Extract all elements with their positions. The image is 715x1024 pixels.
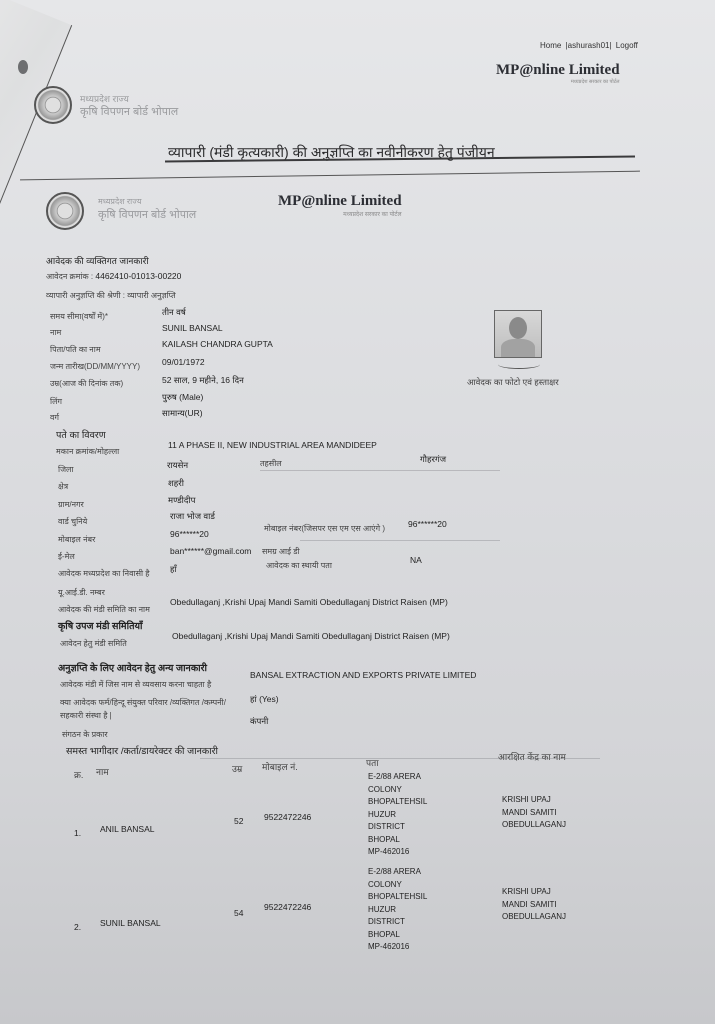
firm-label: आवेदक मंडी में जिस नाम से व्यवसाय करना च… — [60, 679, 211, 690]
board-name-line2: कृषि विपणन बोर्ड भोपाल — [80, 104, 178, 119]
mobile-label: मोबाइल नंबर — [58, 534, 95, 545]
tehsil-value: गौहरगंज — [420, 454, 446, 465]
applicant-field-label: पिता/पति का नाम — [50, 344, 101, 355]
applicant-signature — [498, 360, 540, 369]
cell-age: 52 — [234, 816, 243, 826]
brand-name: MP@nline Limited — [278, 193, 402, 209]
email-label: ई-मेल — [58, 551, 75, 562]
district-value: रायसेन — [167, 460, 188, 471]
firm-value: BANSAL EXTRACTION AND EXPORTS PRIVATE LI… — [250, 670, 476, 680]
board-seal-icon — [34, 86, 72, 124]
brand-tagline: मध्यप्रदेश सरकार का पोर्टल — [278, 210, 402, 218]
email-value: ban******@gmail.com — [170, 546, 251, 556]
cell-address: E-2/88 ARERA COLONY BHOPALTEHSIL HUZUR D… — [368, 771, 427, 859]
cell-mobile: 9522472246 — [264, 902, 311, 912]
applicant-field-value: तीन वर्ष — [162, 307, 186, 318]
samagra-label: समग्र आई डी — [262, 546, 300, 557]
entity-value: हां (Yes) — [250, 694, 279, 705]
area-label: क्षेत्र — [58, 481, 68, 492]
entity-label-2: सहकारी संस्था है | — [60, 710, 112, 721]
table-header-col-mobile: मोबाइल नं. — [262, 760, 298, 773]
ward-label: वार्ड चुनिये — [58, 516, 87, 527]
resident-label: आवेदक मध्यप्रदेश का निवासी है — [58, 568, 150, 579]
cell-name: ANIL BANSAL — [100, 824, 155, 834]
cell-mobile: 9522472246 — [264, 812, 311, 822]
application-no-row: आवेदन क्रमांक : 4462410-01013-00220 — [46, 271, 181, 282]
mponline-logo: MP@nline Limited मध्यप्रदेश सरकार का पोर… — [278, 193, 402, 218]
mobile-value: 96******20 — [170, 529, 209, 539]
section-partners: समस्त भागीदार /कर्ता/डायरेक्टर की जानकार… — [66, 744, 218, 757]
board-name-line2: कृषि विपणन बोर्ड भोपाल — [98, 207, 196, 222]
applicant-field-value: सामान्य(UR) — [162, 408, 203, 419]
apply-mandi-value: Obedullaganj ,Krishi Upaj Mandi Samiti O… — [172, 631, 450, 641]
cell-centre: KRISHI UPAJ MANDI SAMITI OBEDULLAGANJ — [502, 794, 566, 832]
photo-caption: आवेदक का फोटो एवं हस्ताक्षर — [467, 377, 559, 388]
applicant-field-value: 09/01/1972 — [162, 357, 205, 367]
house-label: मकान क्रमांक/मोहल्ला — [56, 446, 119, 457]
logoff-link[interactable]: Logoff — [616, 41, 638, 50]
town-label: ग्राम/नगर — [58, 499, 84, 510]
applicant-field-label: नाम — [50, 327, 61, 338]
application-no: 4462410-01013-00220 — [95, 271, 181, 281]
table-header-col-age: उम्र — [232, 762, 242, 775]
applicant-field-value: KAILASH CHANDRA GUPTA — [162, 339, 273, 349]
applicant-field-label: समय सीमा(वर्षों में)* — [50, 311, 108, 322]
binder-hole — [18, 60, 28, 74]
header-divider — [20, 171, 640, 181]
user-link[interactable]: |ashurash01| — [566, 41, 612, 50]
table-header-col-centre: आरक्षित केंद्र का नाम — [498, 750, 566, 763]
cell-sno: 1. — [74, 828, 81, 838]
document-page: Home |ashurash01| Logoff मध्यप्रदेश राज्… — [0, 0, 715, 1024]
license-category-label: व्यापारी अनुज्ञप्ति की श्रेणी : — [46, 291, 125, 300]
sms-mobile-value: 96******20 — [408, 519, 447, 529]
town-value: मण्डीदीप — [168, 495, 195, 506]
mponline-logo: MP@nline Limited मध्यप्रदेश सरकार का पोर… — [496, 62, 620, 85]
area-value: शहरी — [168, 478, 184, 489]
cell-name: SUNIL BANSAL — [100, 918, 161, 928]
applicant-photo — [494, 310, 542, 358]
cell-centre: KRISHI UPAJ MANDI SAMITI OBEDULLAGANJ — [502, 886, 566, 924]
applicant-field-value: 52 साल, 9 महीने, 16 दिन — [162, 375, 244, 386]
applicant-field-label: लिंग — [50, 396, 62, 407]
section-mandi: कृषि उपज मंडी समितियाँ — [58, 619, 142, 632]
applicant-field-label: वर्ग — [50, 412, 59, 423]
applicant-field-value: पुरुष (Male) — [162, 392, 203, 403]
brand-name: MP@nline Limited — [496, 62, 620, 78]
applicant-field-label: जन्म तारीख(DD/MM/YYYY) — [50, 361, 140, 372]
board-seal-icon — [46, 192, 84, 230]
top-nav: Home |ashurash01| Logoff — [540, 41, 640, 50]
cell-sno: 2. — [74, 922, 81, 932]
section-other: अनुज्ञप्ति के लिए आवेदन हेतु अन्य जानकार… — [58, 661, 207, 674]
uid-label: यू.आई.डी. नम्बर — [58, 587, 105, 598]
applicant-field-value: SUNIL BANSAL — [162, 323, 223, 333]
applicant-field-label: उम्र(आज की दिनांक तक) — [50, 378, 123, 389]
district-label: जिला — [58, 464, 74, 475]
apply-mandi-label: आवेदन हेतु मंडी समिति — [60, 638, 127, 649]
section-address: पते का विवरण — [56, 428, 106, 441]
table-header-col-name: नाम — [96, 765, 109, 778]
permanent-label: आवेदक का स्थायी पता — [266, 560, 332, 571]
permanent-value: NA — [410, 555, 422, 565]
application-no-label: आवेदन क्रमांक : — [46, 272, 93, 281]
brand-tagline: मध्यप्रदेश सरकार का पोर्टल — [496, 79, 620, 85]
mandi-name-label: आवेदक की मंडी समिति का नाम — [58, 604, 150, 615]
house-value: 11 A PHASE II, NEW INDUSTRIAL AREA MANDI… — [168, 440, 377, 450]
cell-address: E-2/88 ARERA COLONY BHOPALTEHSIL HUZUR D… — [368, 866, 427, 954]
board-name-line1: मध्यप्रदेश राज्य — [98, 196, 141, 207]
mandi-name-value: Obedullaganj ,Krishi Upaj Mandi Samiti O… — [170, 597, 448, 607]
cell-age: 54 — [234, 908, 243, 918]
org-type-label: संगठन के प्रकार — [62, 729, 108, 740]
section-applicant: आवेदक की व्यक्तिगत जानकारी — [46, 254, 149, 267]
sms-mobile-label: मोबाइल नंबर(जिसपर एस एम एस आएंगे ) — [264, 523, 385, 534]
entity-label-1: क्या आवेदक फर्म/हिन्दू संयुक्त परिवार /व… — [60, 697, 226, 708]
org-type-value: कंपनी — [250, 716, 268, 727]
license-category: व्यापारी अनुज्ञप्ति — [127, 291, 175, 300]
ward-value: राजा भोज वार्ड — [170, 511, 215, 522]
resident-value: हाँ — [170, 564, 177, 575]
table-header-col-sno: क्र. — [74, 768, 83, 781]
home-link[interactable]: Home — [540, 41, 561, 50]
license-category-row: व्यापारी अनुज्ञप्ति की श्रेणी : व्यापारी… — [46, 290, 176, 301]
tehsil-label: तहसील — [260, 458, 282, 469]
